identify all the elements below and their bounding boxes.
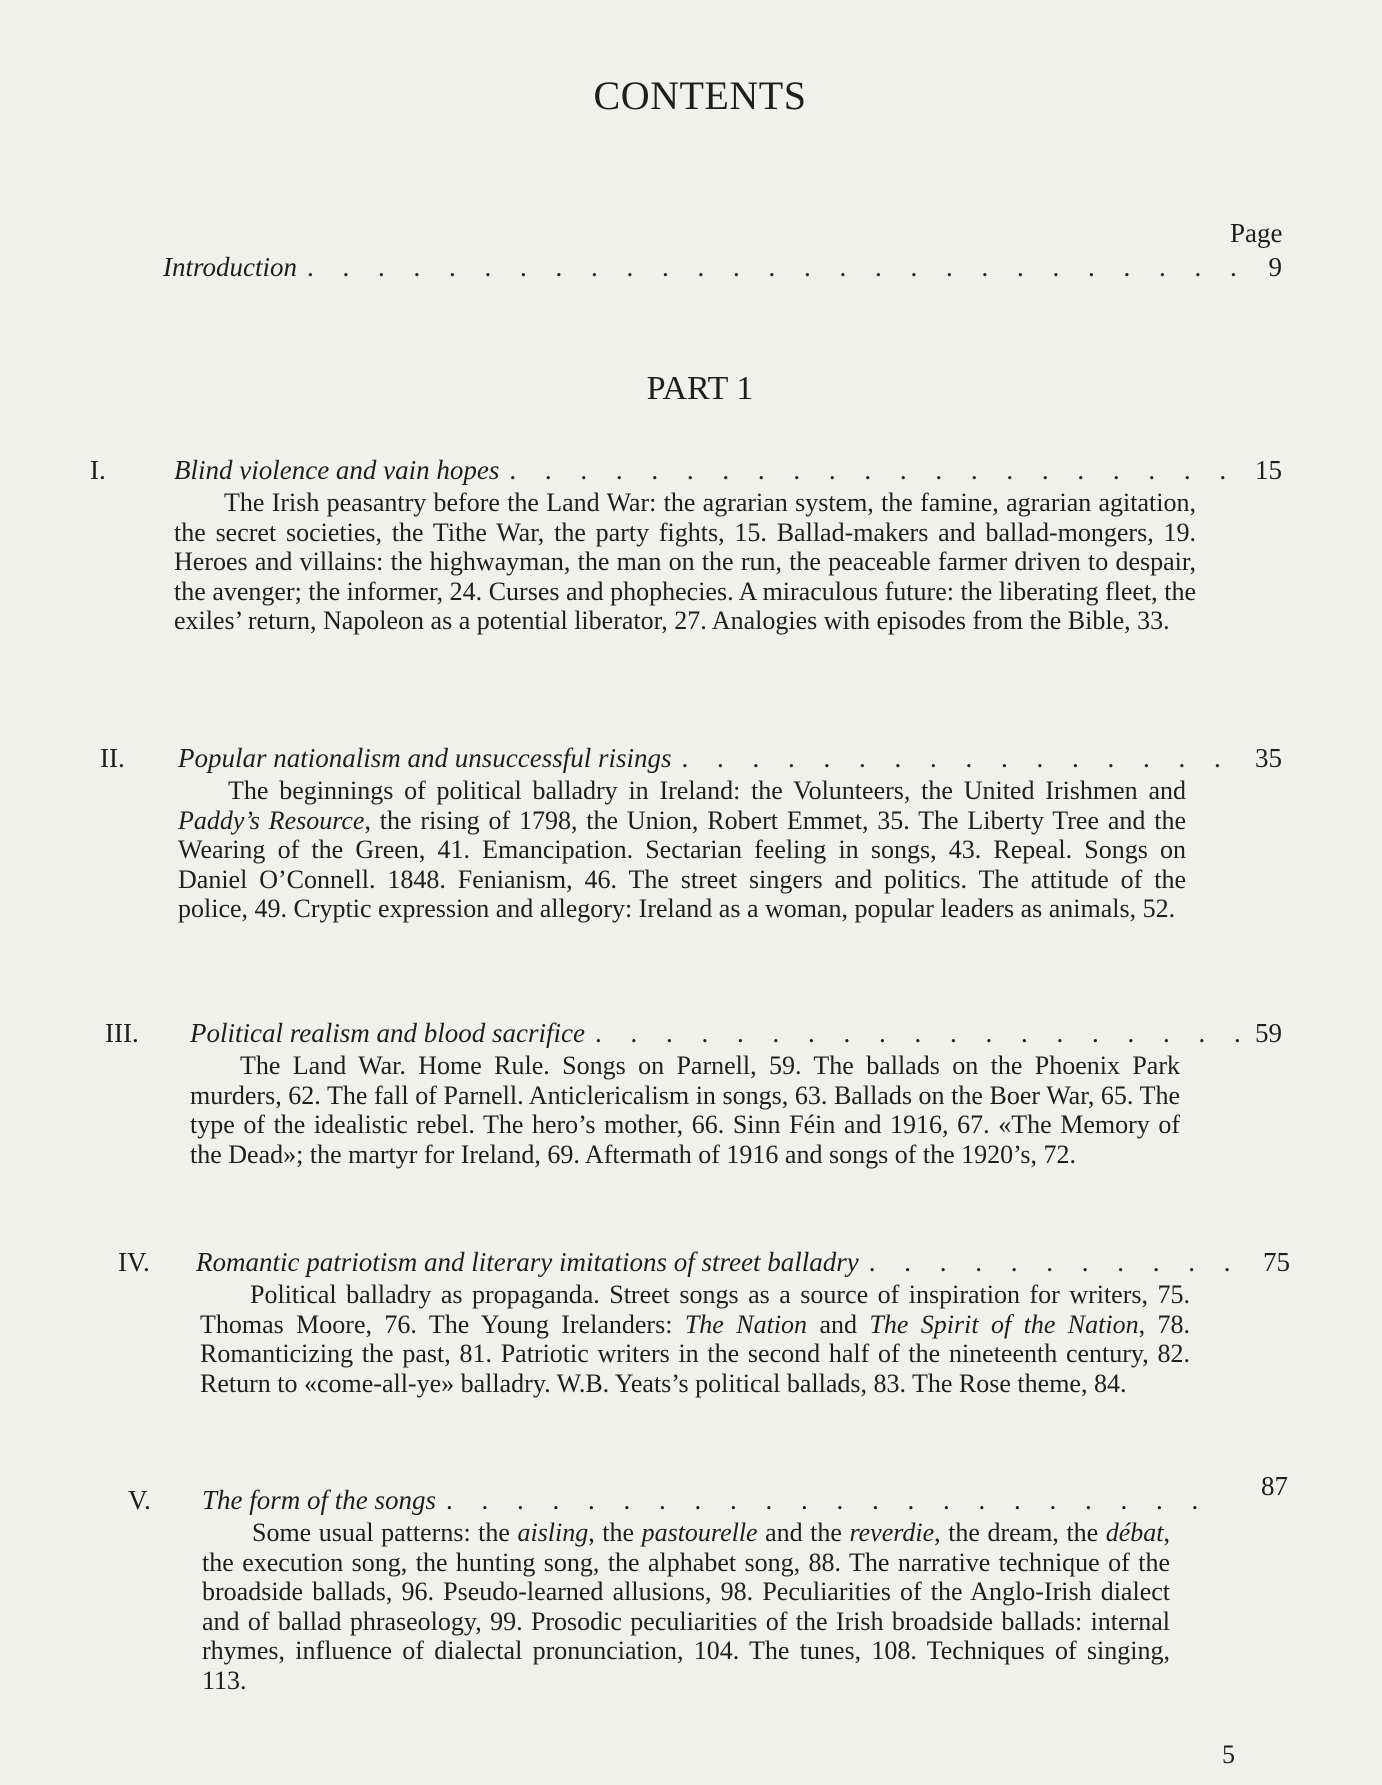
chapter-title: Popular nationalism and unsuccessful ris… <box>178 743 672 774</box>
book-page: CONTENTS Page Introduction 9 PART 1 I. B… <box>0 0 1382 1785</box>
chapter-summary: Some usual patterns: the aisling, the pa… <box>202 1518 1170 1695</box>
chapter-heading: V. The form of the songs 87 <box>128 1485 1288 1516</box>
chapter-entry: V. The form of the songs 87 Some usual p… <box>128 1485 1288 1695</box>
dot-leader <box>509 455 1248 486</box>
toc-entry-introduction: Introduction 9 <box>163 252 1282 283</box>
summary-italic-title: Paddy’s Resource <box>178 806 364 835</box>
chapter-title: The form of the songs <box>202 1485 436 1516</box>
chapter-entry: II. Popular nationalism and unsuccessful… <box>100 743 1282 924</box>
summary-italic-title: The Spirit of the Nation <box>869 1310 1138 1339</box>
chapter-title: Romantic patriotism and literary imitati… <box>196 1247 859 1278</box>
summary-italic-title: The Nation <box>685 1310 807 1339</box>
summary-italic-term: débat <box>1106 1518 1164 1547</box>
chapter-heading: I. Blind violence and vain hopes 15 <box>90 455 1282 486</box>
summary-italic-term: aisling <box>517 1518 588 1547</box>
chapter-heading: II. Popular nationalism and unsuccessful… <box>100 743 1282 774</box>
page-column-label: Page <box>1230 218 1282 249</box>
summary-text: , the <box>588 1518 641 1547</box>
introduction-title: Introduction <box>163 252 297 283</box>
chapter-summary: The Irish peasantry before the Land War:… <box>174 488 1196 636</box>
chapter-entry: IV. Romantic patriotism and literary imi… <box>118 1247 1290 1398</box>
chapter-page: 75 <box>1260 1247 1290 1278</box>
chapter-page: 87 <box>1258 1471 1288 1502</box>
chapter-number: IV. <box>118 1247 196 1278</box>
chapter-heading: IV. Romantic patriotism and literary imi… <box>118 1247 1290 1278</box>
chapter-summary: Political balladry as propaganda. Street… <box>200 1280 1190 1398</box>
chapter-summary: The beginnings of political balladry in … <box>178 776 1186 924</box>
chapter-entry: III. Political realism and blood sacrifi… <box>105 1018 1282 1169</box>
chapter-number: III. <box>105 1018 190 1049</box>
chapter-page: 59 <box>1252 1018 1282 1049</box>
page-title: CONTENTS <box>0 72 1382 119</box>
part-heading: PART 1 <box>0 370 1382 408</box>
dot-leader <box>869 1247 1256 1278</box>
chapter-number: I. <box>90 455 174 486</box>
chapter-page: 15 <box>1252 455 1282 486</box>
page-number: 5 <box>1222 1740 1235 1770</box>
chapter-heading: III. Political realism and blood sacrifi… <box>105 1018 1282 1049</box>
dot-leader <box>595 1018 1248 1049</box>
summary-italic-term: pastourelle <box>642 1518 758 1547</box>
summary-text: and the <box>758 1518 850 1547</box>
chapter-title: Political realism and blood sacrifice <box>190 1018 585 1049</box>
summary-text: The beginnings of political balladry in … <box>228 776 1186 805</box>
dot-leader <box>307 252 1248 283</box>
chapter-summary: The Land War. Home Rule. Songs on Parnel… <box>190 1051 1180 1169</box>
summary-text: and <box>807 1310 869 1339</box>
chapter-number: II. <box>100 743 178 774</box>
dot-leader <box>446 1485 1208 1516</box>
summary-text: Some usual patterns: the <box>252 1518 517 1547</box>
chapter-page: 35 <box>1252 743 1282 774</box>
chapter-number: V. <box>128 1485 202 1516</box>
summary-text: , the dream, the <box>934 1518 1106 1547</box>
introduction-page: 9 <box>1252 252 1282 283</box>
chapter-title: Blind violence and vain hopes <box>174 455 499 486</box>
summary-italic-term: reverdie <box>849 1518 934 1547</box>
chapter-entry: I. Blind violence and vain hopes 15 The … <box>90 455 1282 636</box>
dot-leader <box>682 743 1248 774</box>
